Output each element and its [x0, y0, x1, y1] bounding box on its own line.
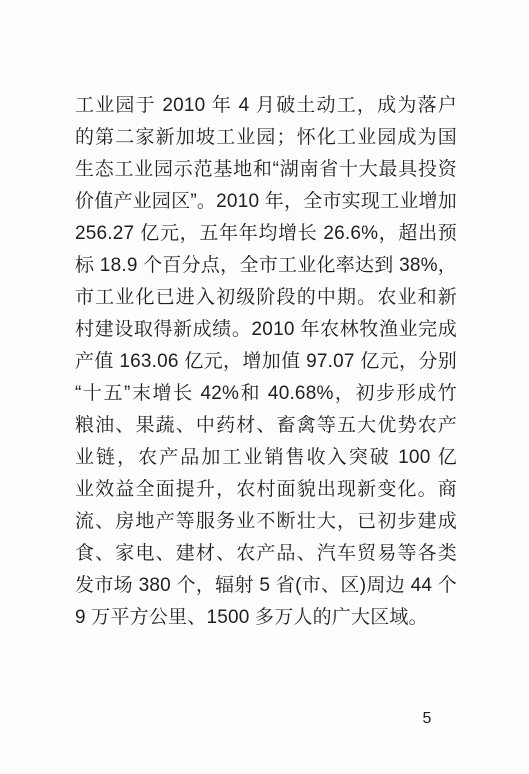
body-text: 工业园于 2010 年 4 月破土动工，成为落户我国 的第二家新加坡工业园；怀化… — [75, 90, 457, 634]
text-line: 生态工业园示范基地和“湖南省十大最具投资 — [75, 154, 457, 186]
text-line: 食、家电、建材、农产品、汽车贸易等各类专业批 — [75, 538, 457, 570]
text-line: 市工业化已进入初级阶段的中期。农业和新农 — [75, 282, 457, 314]
text-line: 256.27 亿元，五年年均增长 26.6%，超出预期目 — [75, 218, 457, 250]
text-line: 工业园于 2010 年 4 月破土动工，成为落户我国 — [75, 90, 457, 122]
text-line: 发市场 380 个，辐射 5 省(市、区)周边 44 个县、 — [75, 570, 457, 602]
page-number: 5 — [412, 708, 442, 730]
text-line: 标 18.9 个百分点，全市工业化率达到 38%，我 — [75, 250, 457, 282]
text-line: 村建设取得新成绩。2010 年农林牧渔业完成总 — [75, 314, 457, 346]
text-line: 业效益全面提升，农村面貌出现新变化。商贸物 — [75, 474, 457, 506]
text-line: 9 万平方公里、1500 多万人的广大区域。 — [75, 602, 457, 634]
book-page: 工业园于 2010 年 4 月破土动工，成为落户我国 的第二家新加坡工业园；怀化… — [0, 0, 529, 774]
text-line: 的第二家新加坡工业园；怀化工业园成为国际 — [75, 122, 457, 154]
text-line: 产值 163.06 亿元，增加值 97.07 亿元，分别比 — [75, 346, 457, 378]
text-line: 粮油、果蔬、中药材、畜禽等五大优势农产品产 — [75, 410, 457, 442]
text-line: 业链，农产品加工业销售收入突破 100 亿元；农 — [75, 442, 457, 474]
text-line: 价值产业园区”。2010 年，全市实现工业增加值 — [75, 186, 457, 218]
text-line: “十五”末增长 42%和 40.68%，初步形成竹木、 — [75, 378, 457, 410]
text-line: 流、房地产等服务业不断壮大，已初步建成副 — [75, 506, 457, 538]
